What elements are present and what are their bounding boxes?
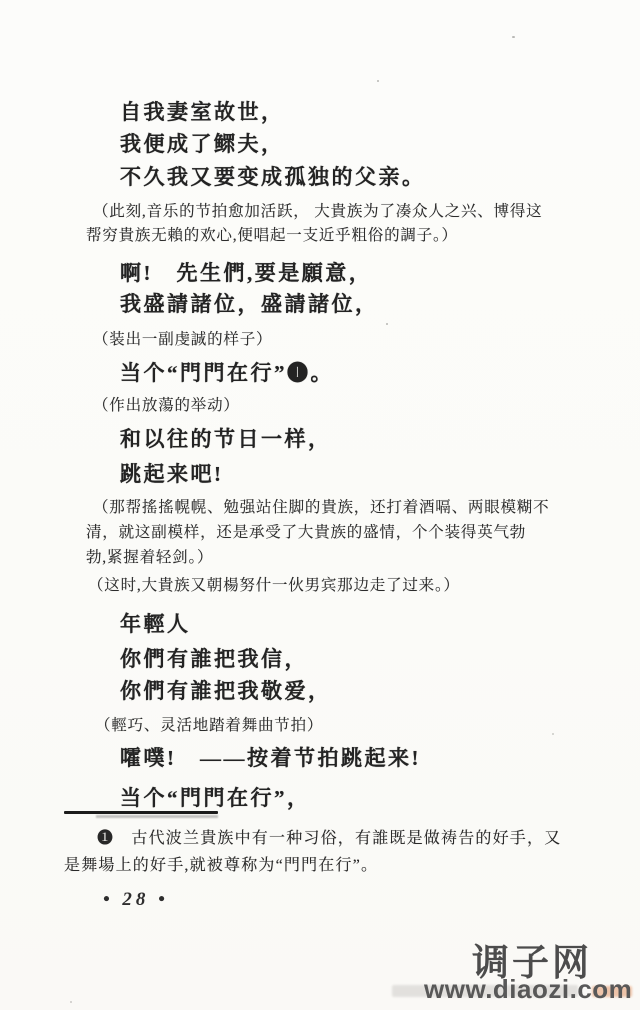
scan-speck	[512, 36, 515, 38]
stage-direction-line: （装出一副虔誠的样子）	[93, 327, 272, 349]
stage-direction-line: （輕巧、灵活地踏着舞曲节拍）	[95, 713, 323, 735]
verse-line: 和以往的节日一样，	[120, 423, 332, 453]
verse-line: 当个“門門在行”，	[120, 782, 311, 812]
verse-line: 我盛請諸位，盛請諸位，	[120, 288, 379, 318]
page-number: • 28 •	[103, 889, 169, 911]
verse-line: 我便成了鳏夫，	[120, 128, 285, 158]
stage-direction-line: （这时,大貴族又朝楊努什一伙男宾那边走了过来。）	[88, 573, 460, 595]
verse-line: 啊! 先生們,要是願意，	[120, 257, 372, 287]
verse-line: 跳起来吧!	[120, 458, 224, 488]
stage-direction-line: （作出放蕩的举动）	[93, 393, 240, 415]
stage-direction-line: （那帮搖搖幌幌、勉强站住脚的貴族，还打着酒嗝、两眼模糊不	[93, 495, 549, 517]
scan-speck	[377, 80, 379, 82]
verse-line: 嚯噗! ——按着节拍跳起来!	[120, 742, 421, 772]
verse-line: 自我妻室故世，	[120, 96, 285, 126]
stage-direction-line: 清，就这副模样，还是承受了大貴族的盛情，个个装得英气勃	[86, 520, 526, 542]
stage-direction-line: （此刻,音乐的节拍愈加活跃， 大貴族为了凑众人之兴、博得这	[93, 199, 542, 221]
verse-line: 年輕人	[120, 608, 191, 638]
scan-speck	[70, 1001, 72, 1003]
footnote-divider-smear	[96, 815, 218, 818]
verse-line: 当个“門門在行”❶。	[120, 357, 334, 387]
verse-line: 你們有誰把我信，	[120, 643, 308, 673]
stage-direction-line: 勃,紧握着轻剑。）	[86, 545, 213, 567]
footnote-line: ❶ 古代波兰貴族中有一种习俗，有誰既是做祷告的好手，又	[97, 825, 561, 848]
scan-speck	[552, 733, 554, 735]
footnote-divider	[64, 811, 218, 814]
scan-speck	[386, 323, 388, 325]
verse-line: 你們有誰把我敬爱，	[120, 675, 332, 705]
watermark-site-url: www.diaozi.com	[424, 974, 632, 1005]
stage-direction-line: 帮穷貴族无賴的欢心,便唱起一支近乎粗俗的調子。）	[86, 223, 458, 245]
verse-line: 不久我又要变成孤独的父亲。	[120, 161, 426, 191]
scanned-book-page: 自我妻室故世，我便成了鳏夫，不久我又要变成孤独的父亲。（此刻,音乐的节拍愈加活跃…	[0, 0, 640, 1010]
footnote-line: 是舞場上的好手,就被尊称为“門門在行”。	[64, 852, 378, 875]
watermark: 调子网 www.diaozi.com	[380, 930, 640, 1010]
